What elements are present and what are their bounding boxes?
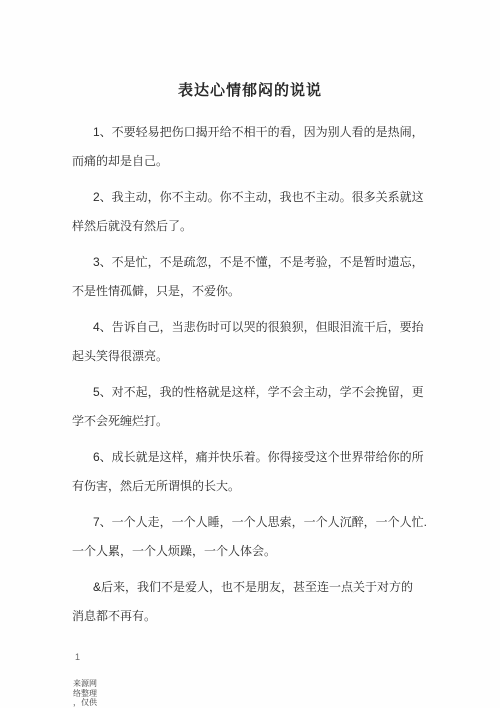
footer-line-2: 络整理 <box>73 689 97 699</box>
document-body: 1、不要轻易把伤口揭开给不相干的看，因为别人看的是热闹， 而痛的却是自己。 2、… <box>72 118 432 638</box>
paragraph-5-line-1: 5、对不起，我的性格就是这样，学不会主动，学不会挽留，更 <box>72 378 432 407</box>
paragraph-3-line-2: 不是性情孤僻，只是，不爱你。 <box>72 277 432 306</box>
paragraph-3: 3、不是忙，不是疏忽，不是不懂，不是考验，不是暂时遗忘， 不是性情孤僻，只是，不… <box>72 248 432 306</box>
paragraph-7-line-2: 一个人累，一个人烦躁，一个人体会。 <box>72 537 432 566</box>
document-page: 表达心情郁闷的说说 1、不要轻易把伤口揭开给不相干的看，因为别人看的是热闹， 而… <box>0 0 500 708</box>
paragraph-3-line-1: 3、不是忙，不是疏忽，不是不懂，不是考验，不是暂时遗忘， <box>72 248 432 277</box>
paragraph-8: &后来，我们不是爱人，也不是朋友，甚至连一点关于对方的 消息都不再有。 <box>72 573 432 631</box>
paragraph-7: 7、一个人走，一个人睡，一个人思索，一个人沉醉，一个人忙. 一个人累，一个人烦躁… <box>72 508 432 566</box>
paragraph-5: 5、对不起，我的性格就是这样，学不会主动，学不会挽留，更 学不会死缠烂打。 <box>72 378 432 436</box>
paragraph-2-line-2: 样然后就没有然后了。 <box>72 212 432 241</box>
footer-line-1: 来源网 <box>73 679 97 689</box>
paragraph-4-line-1: 4、告诉自己，当悲伤时可以哭的很狼狈，但眼泪流干后，要抬 <box>72 313 432 342</box>
paragraph-1-line-1: 1、不要轻易把伤口揭开给不相干的看，因为别人看的是热闹， <box>72 118 432 147</box>
paragraph-7-line-1: 7、一个人走，一个人睡，一个人思索，一个人沉醉，一个人忙. <box>72 508 432 537</box>
paragraph-5-line-2: 学不会死缠烂打。 <box>72 407 432 436</box>
paragraph-4-line-2: 起头笑得很漂亮。 <box>72 342 432 371</box>
footer-line-3: ，仅供 <box>73 698 97 708</box>
footer-source-note: 来源网 络整理 ，仅供 <box>73 679 97 708</box>
paragraph-1-line-2: 而痛的却是自己。 <box>72 147 432 176</box>
paragraph-2: 2、我主动，你不主动。你不主动，我也不主动。很多关系就这 样然后就没有然后了。 <box>72 183 432 241</box>
paragraph-8-line-2: 消息都不再有。 <box>72 602 432 631</box>
page-title: 表达心情郁闷的说说 <box>0 79 500 100</box>
paragraph-2-line-1: 2、我主动，你不主动。你不主动，我也不主动。很多关系就这 <box>72 183 432 212</box>
page-number: 1 <box>75 652 80 662</box>
paragraph-6: 6、成长就是这样，痛并快乐着。你得接受这个世界带给你的所 有伤害，然后无所谓惧的… <box>72 443 432 501</box>
paragraph-1: 1、不要轻易把伤口揭开给不相干的看，因为别人看的是热闹， 而痛的却是自己。 <box>72 118 432 176</box>
paragraph-6-line-1: 6、成长就是这样，痛并快乐着。你得接受这个世界带给你的所 <box>72 443 432 472</box>
paragraph-4: 4、告诉自己，当悲伤时可以哭的很狼狈，但眼泪流干后，要抬 起头笑得很漂亮。 <box>72 313 432 371</box>
paragraph-6-line-2: 有伤害，然后无所谓惧的长大。 <box>72 472 432 501</box>
paragraph-8-line-1: &后来，我们不是爱人，也不是朋友，甚至连一点关于对方的 <box>72 573 432 602</box>
